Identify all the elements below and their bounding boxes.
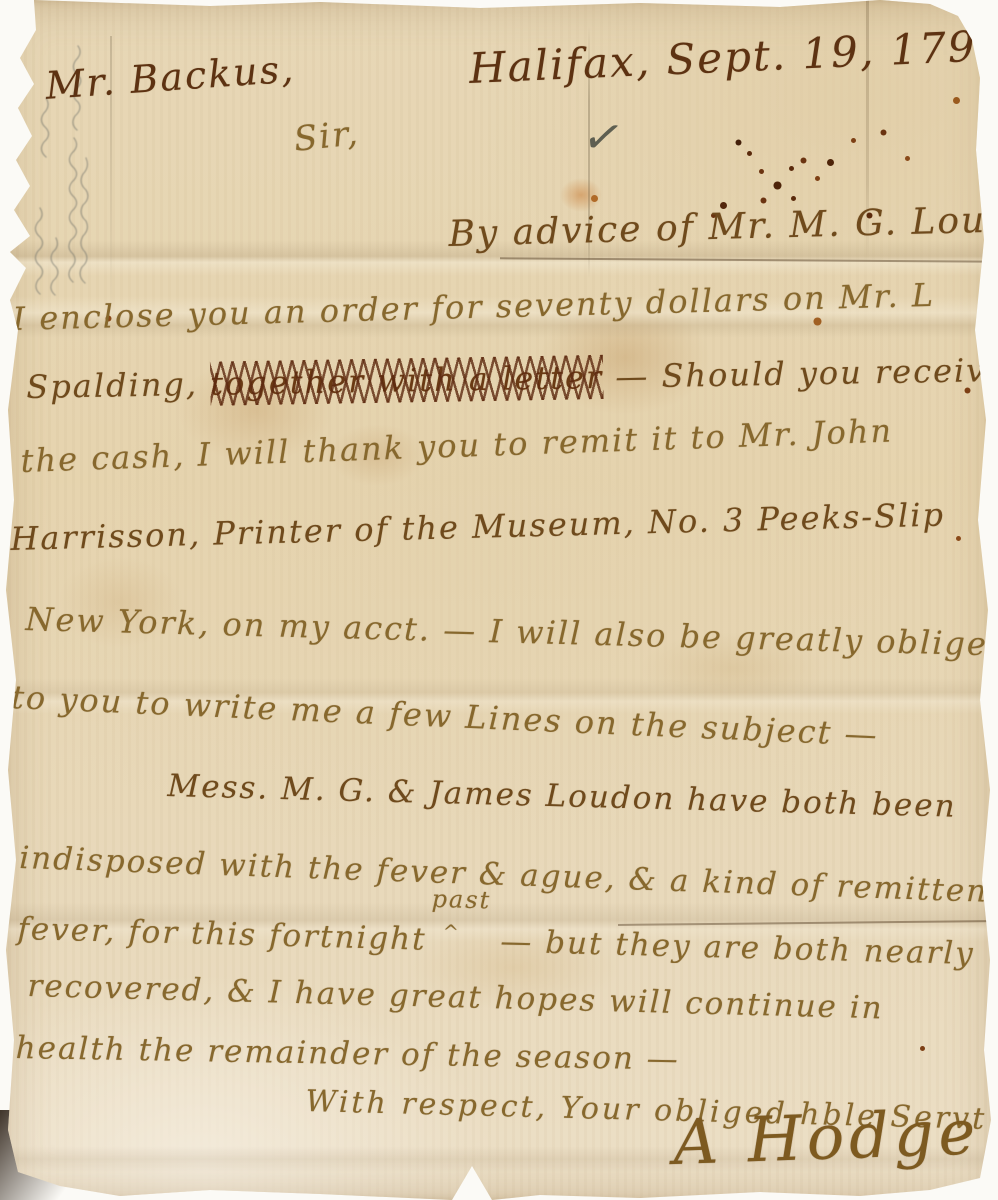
interlinear-insertion: past^ [426,919,489,952]
fold-crease [0,678,998,714]
paper-stain [410,925,620,1010]
signature: A Hodge [672,1095,981,1179]
salutation-line: Sir, [292,113,361,160]
fold-crease [0,902,998,942]
body-line-text: — Should you receive [603,351,998,396]
scanned-letter: Halifax, Sept. 19, 1797 Mr. Backus, Sir,… [0,0,998,1200]
struck-out-text: together with a letter [210,358,604,403]
body-line-text: — but they are both nearly [488,923,975,972]
body-line: fever, for this fortnightpast^ — but the… [17,908,975,972]
body-line-text: fever, for this fortnight [17,911,427,958]
body-line: to you to write me a few Lines on the su… [10,678,879,754]
fold-crease [0,1146,998,1172]
fold-crease [866,0,869,262]
fold-crease [500,257,992,262]
body-line: Mess. M. G. & James Loudon have both bee… [167,768,957,825]
fold-crease [618,920,994,926]
letter-paper: Halifax, Sept. 19, 1797 Mr. Backus, Sir,… [0,0,998,1200]
closing-line: With respect, Your obliged hble Servt [305,1084,988,1137]
caret-mark: ^ [443,921,461,943]
paper-stain [560,178,602,212]
body-line: Harrisson, Printer of the Museum, No. 3 … [10,496,945,558]
paper-stain [178,358,333,463]
paper-stain [540,300,710,415]
paper-stain [58,556,183,648]
fold-crease [0,296,998,338]
body-line: I enclose you an order for seventy dolla… [12,276,935,338]
foxing-spots [0,0,3,3]
body-line: recovered, & I have great hopes will con… [27,968,884,1026]
paper-stain [330,424,425,486]
fold-crease [110,36,112,328]
checkmark-annotation: ✓ [578,109,630,166]
body-line: New York, on my acct. — I will also be g… [25,600,998,664]
opening-line: By advice of Mr. M. G. Loudon, [448,198,998,255]
fold-crease [0,240,998,276]
body-line: Spalding, together with a letter — Shoul… [26,351,998,406]
recipient-line: Mr. Backus, [44,47,296,108]
fold-crease [588,26,590,278]
pencil-docket-showthrough [16,38,128,338]
body-line-text: Spalding, [26,365,211,406]
paper-stain [640,632,825,704]
body-line: indisposed with the fever & ague, & a ki… [19,840,998,910]
inserted-word: past [431,885,491,915]
body-line: health the remainder of the season — [15,1030,680,1078]
body-line: the cash, I will thank you to remit it t… [20,412,894,480]
dateline: Halifax, Sept. 19, 1797 [468,21,998,93]
